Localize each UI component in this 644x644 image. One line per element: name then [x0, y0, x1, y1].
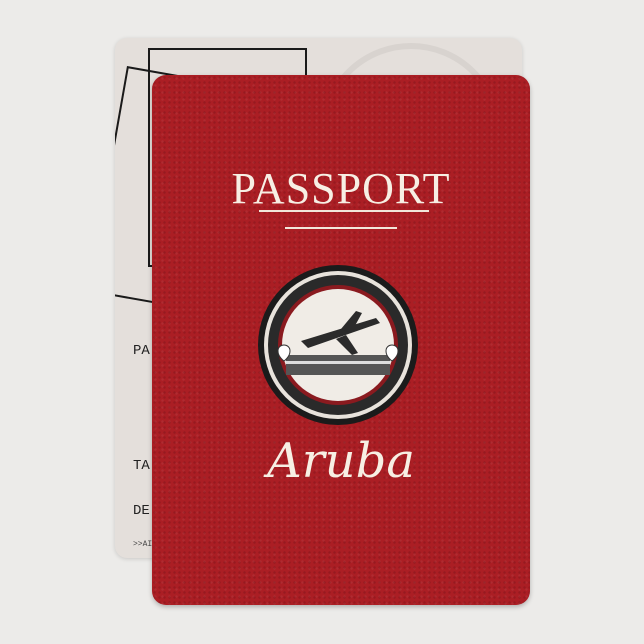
divider-line: [259, 210, 429, 212]
passport-cover: PASSPORT Aruba: [152, 75, 530, 605]
passport-title: PASSPORT: [152, 163, 530, 214]
destination-name: Aruba: [152, 433, 530, 489]
field-label-de: DE: [133, 503, 150, 519]
field-label-passenger: PA: [133, 343, 150, 359]
field-label-ta: TA: [133, 458, 150, 474]
airplane-seal-icon: [256, 263, 420, 427]
divider-line-short: [285, 227, 397, 229]
footnote: >>AI: [133, 540, 152, 549]
